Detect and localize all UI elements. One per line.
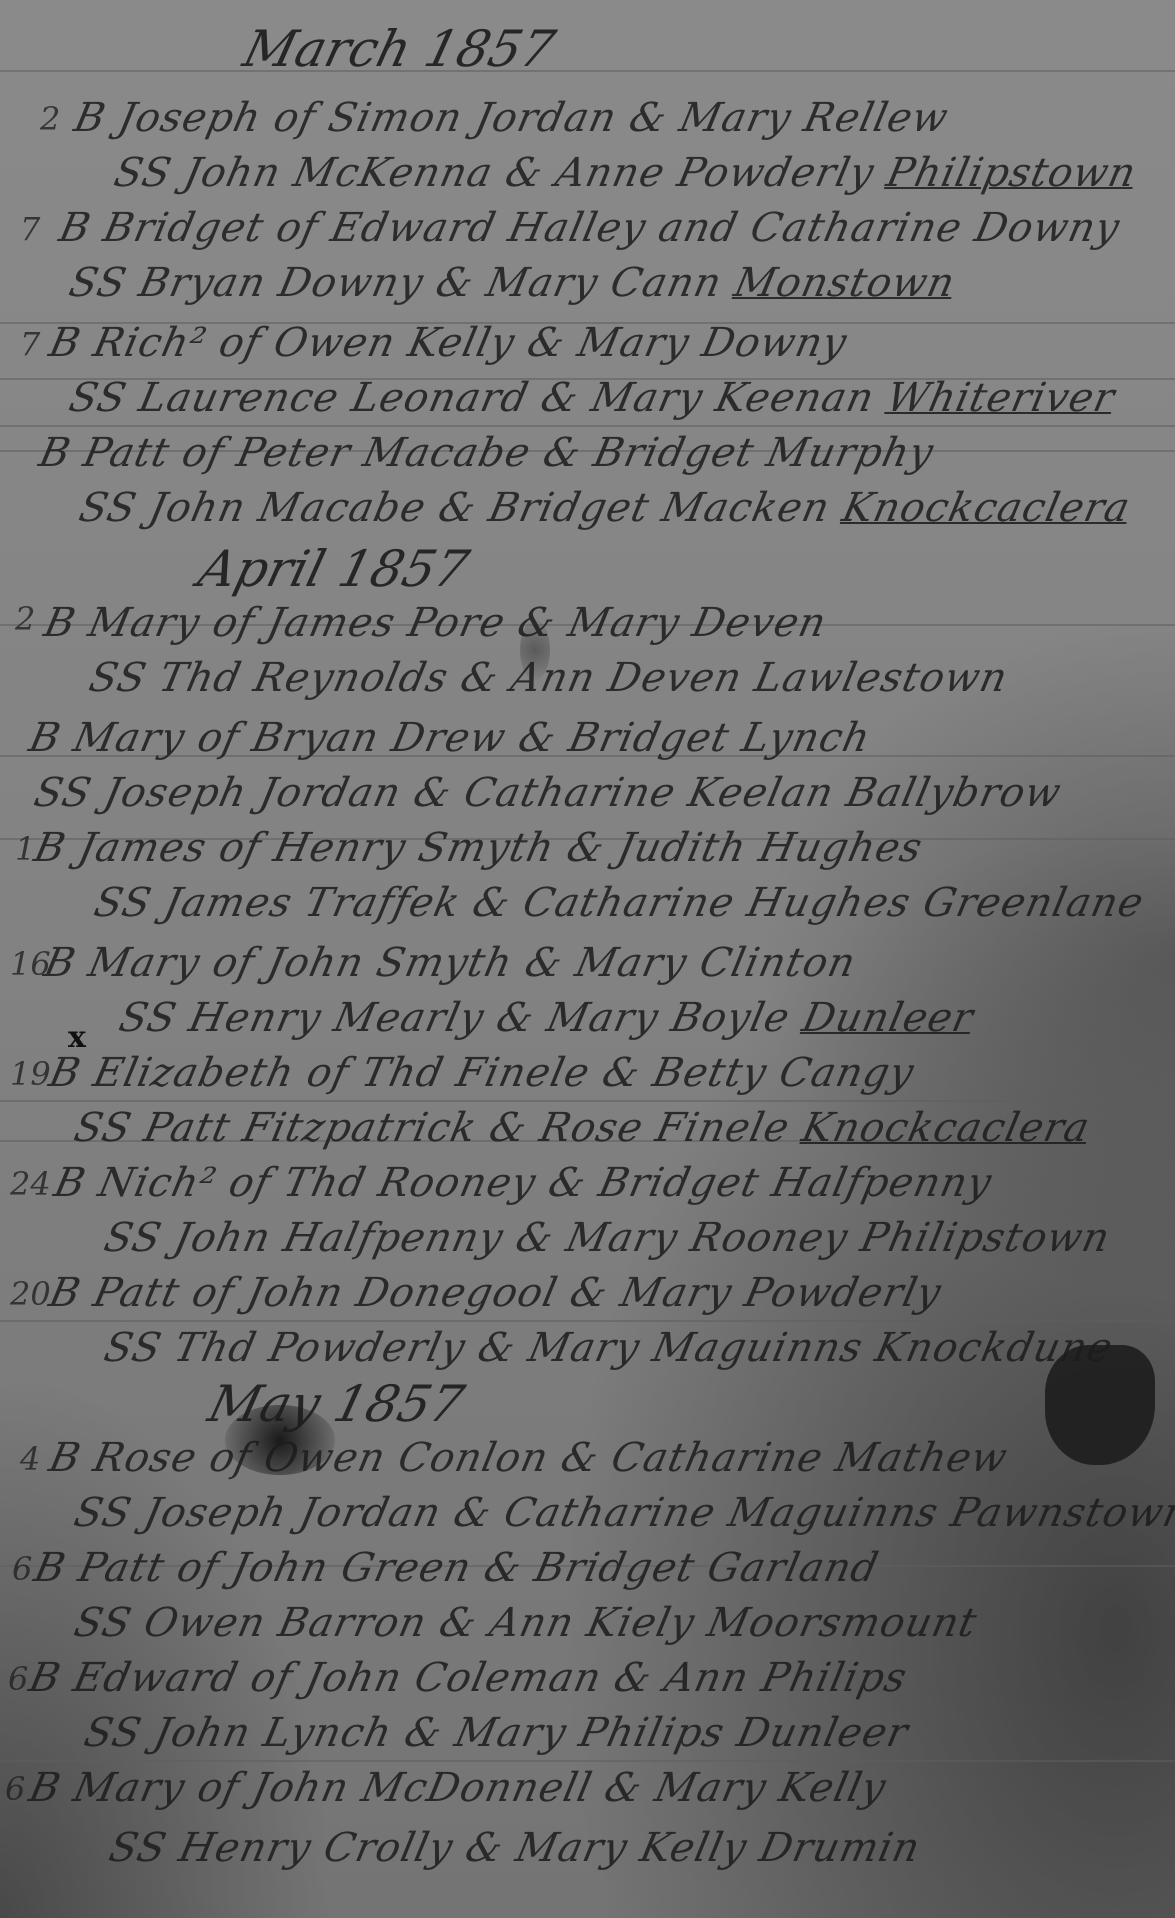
baptism-entry: B Patt of John Green & Bridget Garland — [30, 1545, 883, 1591]
ruled-line — [0, 1760, 1175, 1762]
sponsors-entry: SS John Halfpenny & Mary Rooney Philipst… — [100, 1215, 1114, 1261]
baptism-entry: B Patt of John Donegool & Mary Powderly — [45, 1270, 945, 1316]
sponsors-names: SS Owen Barron & Ann Kiely — [70, 1600, 699, 1646]
sponsors-names: SS John McKenna & Anne Powderly — [110, 150, 878, 196]
register-page: March 1857 2 B Joseph of Simon Jordan & … — [0, 0, 1175, 1918]
townland: Moorsmount — [703, 1600, 981, 1646]
sponsors-names: SS Henry Mearly & Mary Boyle — [115, 995, 794, 1041]
sponsors-names: SS Thd Reynolds & Ann Deven — [85, 655, 746, 701]
sponsors-names: SS Laurence Leonard & Mary Keenan — [65, 375, 879, 421]
townland: Knockdune — [871, 1325, 1117, 1371]
sponsors-entry: SS Patt Fitzpatrick & Rose Finele Knockc… — [70, 1105, 1094, 1151]
ruled-line — [0, 70, 1175, 72]
sponsors-names: SS Joseph Jordan & Catharine Keelan — [30, 770, 838, 816]
baptism-entry: B Edward of John Coleman & Ann Philips — [25, 1655, 911, 1701]
townland: Dunleer — [798, 995, 978, 1041]
townland: Knockcaclera — [798, 1105, 1094, 1151]
sponsors-names: SS John Lynch & Mary Philips — [80, 1710, 729, 1756]
sponsors-names: SS Patt Fitzpatrick & Rose Finele — [70, 1105, 794, 1151]
townland: Pawnstown — [947, 1490, 1175, 1536]
sponsors-names: SS Bryan Downy & Mary Cann — [65, 260, 726, 306]
sponsors-entry: SS Joseph Jordan & Catharine Keelan Ball… — [30, 770, 1065, 816]
baptism-entry: B James of Henry Smyth & Judith Hughes — [30, 825, 927, 871]
sponsors-names: SS Joseph Jordan & Catharine Maguinns — [70, 1490, 943, 1536]
baptism-entry: B Bridget of Edward Halley and Catharine… — [55, 205, 1124, 251]
sponsors-entry: SS Thd Reynolds & Ann Deven Lawlestown — [85, 655, 1012, 701]
baptism-entry: B Rich² of Owen Kelly & Mary Downy — [45, 320, 851, 366]
sponsors-entry: SS Laurence Leonard & Mary Keenan Whiter… — [65, 375, 1119, 421]
sponsors-entry: SS Henry Crolly & Mary Kelly Drumin — [105, 1825, 924, 1871]
sponsors-entry: SS Joseph Jordan & Catharine Maguinns Pa… — [70, 1490, 1175, 1536]
entry-day: 2 — [40, 100, 60, 138]
sponsors-entry: SS Thd Powderly & Mary Maguinns Knockdun… — [100, 1325, 1117, 1371]
townland: Greenlane — [919, 880, 1148, 926]
entry-day: 19 — [10, 1055, 51, 1093]
baptism-entry: B Mary of John Smyth & Mary Clinton — [40, 940, 860, 986]
sponsors-names: SS John Macabe & Bridget Macken — [75, 485, 834, 531]
baptism-entry: B Nich² of Thd Rooney & Bridget Halfpenn… — [50, 1160, 996, 1206]
baptism-entry: B Rose of Owen Conlon & Catharine Mathew — [45, 1435, 1012, 1481]
baptism-entry: B Joseph of Simon Jordan & Mary Rellew — [70, 95, 953, 141]
entry-day: 7 — [20, 325, 40, 363]
sponsors-names: SS James Traffek & Catharine Hughes — [90, 880, 915, 926]
ruled-line — [0, 1100, 1175, 1102]
entry-day: 4 — [20, 1440, 40, 1478]
entry-day: 20 — [10, 1275, 51, 1313]
month-heading-march: March 1857 — [238, 20, 561, 78]
sponsors-entry: SS John McKenna & Anne Powderly Philipst… — [110, 150, 1140, 196]
sponsors-entry: SS John Lynch & Mary Philips Dunleer — [80, 1710, 912, 1756]
entry-day: 24 — [10, 1165, 51, 1203]
sponsors-names: SS Henry Crolly & Mary Kelly — [105, 1825, 751, 1871]
entry-day: 6 — [12, 1550, 32, 1588]
baptism-entry: B Patt of Peter Macabe & Bridget Murphy — [35, 430, 938, 476]
townland: Philipstown — [882, 150, 1140, 196]
baptism-entry: B Mary of James Pore & Mary Deven — [40, 600, 831, 646]
sponsors-entry: SS Bryan Downy & Mary Cann Monstown — [65, 260, 959, 306]
townland: Philipstown — [856, 1215, 1114, 1261]
sponsors-names: SS Thd Powderly & Mary Maguinns — [100, 1325, 867, 1371]
townland: Knockcaclera — [838, 485, 1134, 531]
townland: Monstown — [730, 260, 959, 306]
baptism-entry: B Elizabeth of Thd Finele & Betty Cangy — [45, 1050, 918, 1096]
sponsors-names: SS John Halfpenny & Mary Rooney — [100, 1215, 852, 1261]
townland: Dunleer — [733, 1710, 913, 1756]
entry-day: 7 — [20, 210, 40, 248]
entry-day: 2 — [15, 600, 35, 638]
townland: Lawlestown — [751, 655, 1013, 701]
baptism-entry: B Mary of Bryan Drew & Bridget Lynch — [25, 715, 875, 761]
townland: Whiteriver — [883, 375, 1119, 421]
sponsors-entry: SS Henry Mearly & Mary Boyle Dunleer — [115, 995, 978, 1041]
townland: Drumin — [755, 1825, 924, 1871]
baptism-entry: B Mary of John McDonnell & Mary Kelly — [25, 1765, 890, 1811]
sponsors-entry: SS James Traffek & Catharine Hughes Gree… — [90, 880, 1148, 926]
month-heading-may: May 1857 — [203, 1375, 470, 1433]
month-heading-april: April 1857 — [193, 540, 475, 598]
sponsors-entry: SS Owen Barron & Ann Kiely Moorsmount — [70, 1600, 981, 1646]
sponsors-entry: SS John Macabe & Bridget Macken Knockcac… — [75, 485, 1134, 531]
entry-day: 6 — [5, 1770, 25, 1808]
ruled-line — [0, 425, 1175, 427]
townland: Ballybrow — [842, 770, 1065, 816]
entry-day: 6 — [8, 1660, 28, 1698]
ruled-line — [0, 1320, 1175, 1322]
